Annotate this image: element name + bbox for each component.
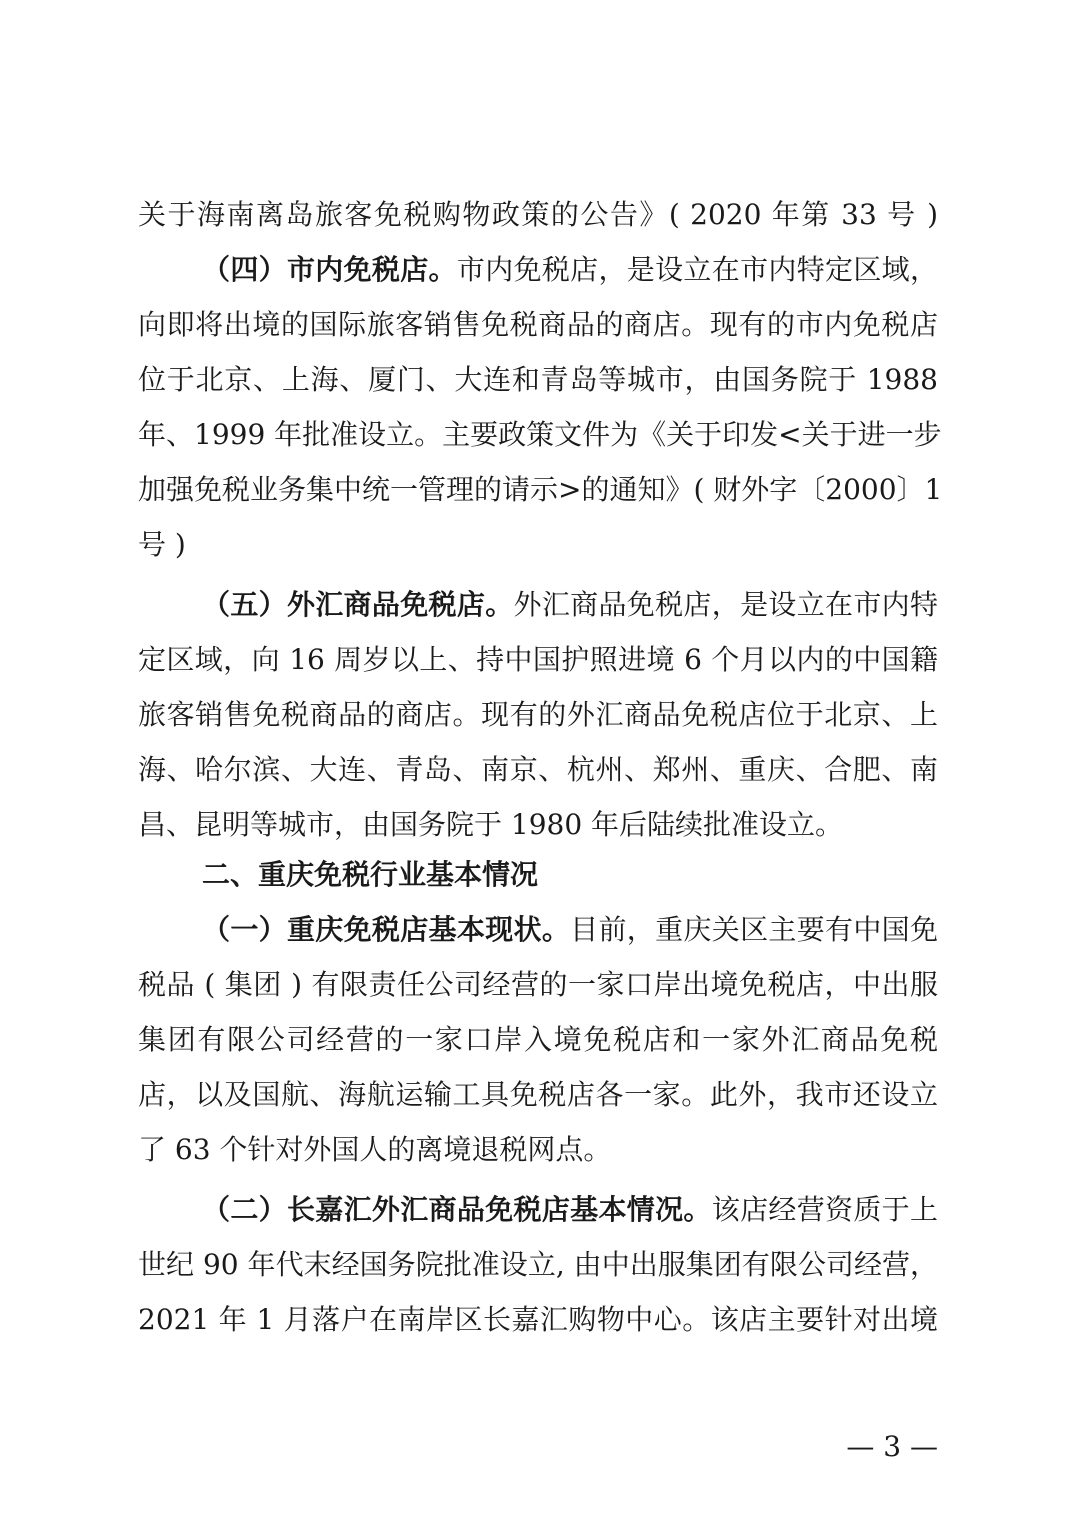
paragraph-line: 海、哈尔滨、大连、青岛、南京、杭州、郑州、重庆、合肥、南 [138, 750, 938, 790]
section-lead: （四）市内免税店。 [202, 253, 457, 286]
section-heading: 二、重庆免税行业基本情况 [202, 855, 938, 895]
paragraph-line: 税品 ( 集团 ) 有限责任公司经营的一家口岸出境免税店，中出服 [138, 965, 938, 1005]
paragraph-line: 关于海南离岛旅客免税购物政策的公告》( 2020 年第 33 号 ) [138, 195, 938, 235]
page-number: — 3 — [846, 1430, 938, 1463]
paragraph-line: 加强免税业务集中统一管理的请示>的通知》( 财外字〔2000〕1 [138, 470, 938, 510]
paragraph-line: 了 63 个针对外国人的离境退税网点。 [138, 1130, 938, 1170]
paragraph-line: （一）重庆免税店基本现状。目前，重庆关区主要有中国免 [202, 910, 938, 950]
paragraph-line: 2021 年 1 月落户在南岸区长嘉汇购物中心。该店主要针对出境 [138, 1300, 938, 1340]
paragraph-line: 位于北京、上海、厦门、大连和青岛等城市，由国务院于 1988 [138, 360, 938, 400]
paragraph-line: （五）外汇商品免税店。外汇商品免税店，是设立在市内特 [202, 585, 938, 625]
paragraph-line: （四）市内免税店。市内免税店，是设立在市内特定区域， [202, 250, 938, 290]
section-lead: （一）重庆免税店基本现状。 [202, 913, 570, 946]
section-lead: （二）长嘉汇外汇商品免税店基本情况。 [202, 1193, 712, 1226]
paragraph-line: 年、1999 年批准设立。主要政策文件为《关于印发<关于进一步 [138, 415, 938, 455]
paragraph-line: 店，以及国航、海航运输工具免税店各一家。此外，我市还设立 [138, 1075, 938, 1115]
paragraph-line: 向即将出境的国际旅客销售免税商品的商店。现有的市内免税店 [138, 305, 938, 345]
paragraph-line: 定区域，向 16 周岁以上、持中国护照进境 6 个月以内的中国籍 [138, 640, 938, 680]
paragraph-line: 集团有限公司经营的一家口岸入境免税店和一家外汇商品免税 [138, 1020, 938, 1060]
paragraph-line: 世纪 90 年代末经国务院批准设立, 由中出服集团有限公司经营， [138, 1245, 938, 1285]
paragraph-line: 昌、昆明等城市，由国务院于 1980 年后陆续批准设立。 [138, 805, 938, 845]
section-lead: （五）外汇商品免税店。 [202, 588, 514, 621]
paragraph-line: （二）长嘉汇外汇商品免税店基本情况。该店经营资质于上 [202, 1190, 938, 1230]
paragraph-line: 号 ) [138, 525, 938, 565]
document-page: 关于海南离岛旅客免税购物政策的公告》( 2020 年第 33 号 ) （四）市内… [0, 0, 1074, 1520]
paragraph-line: 旅客销售免税商品的商店。现有的外汇商品免税店位于北京、上 [138, 695, 938, 735]
